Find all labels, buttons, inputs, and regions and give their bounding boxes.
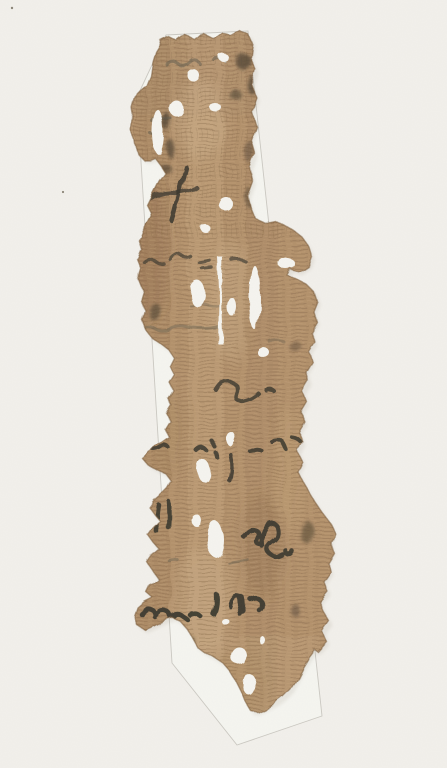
papyrus-photo	[0, 0, 447, 768]
paper-grain-overlay	[0, 0, 447, 768]
